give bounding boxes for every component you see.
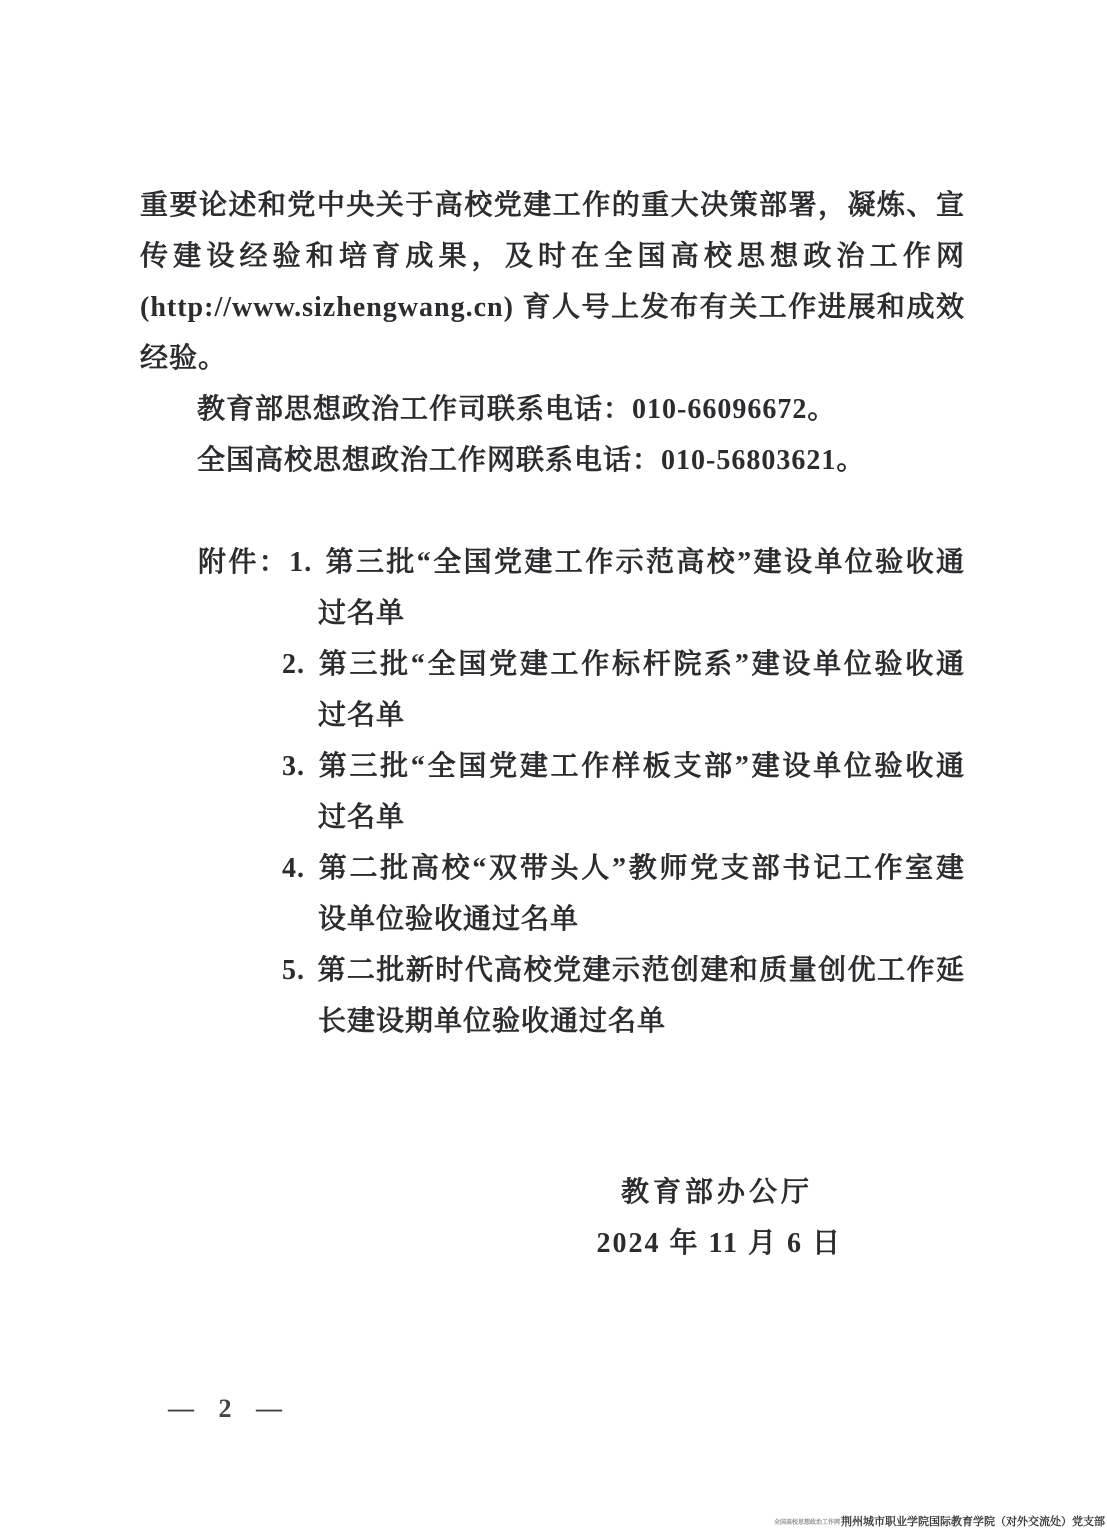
- attachment-item-text: 第二批新时代高校党建示范创建和质量创优工作延: [317, 955, 965, 986]
- page-number: — 2 —: [168, 1383, 291, 1434]
- attachment-item: 4.第二批高校“双带头人”教师党支部书记工作室建: [140, 843, 965, 894]
- attachment-continuation-line: 过名单: [140, 792, 965, 843]
- attachment-continuation-line: 过名单: [140, 690, 965, 741]
- attachment-item-text: 第三批“全国党建工作标杆院系”建设单位验收通: [317, 649, 965, 680]
- blank-line: [140, 486, 965, 537]
- attachment-item-number: 4.: [282, 853, 305, 884]
- paragraph-line: (http://www.sizhengwang.cn) 育人号上发布有关工作进展…: [140, 282, 965, 333]
- attachment-item: 附件：1.第三批“全国党建工作示范高校”建设单位验收通: [140, 537, 965, 588]
- contact-line: 全国高校思想政治工作网联系电话：010-56803621。: [140, 435, 965, 486]
- watermark-micro-text: 全国高校思想政治工作网: [774, 1520, 840, 1526]
- attachment-item-text: 第三批“全国党建工作示范高校”建设单位验收通: [324, 547, 965, 578]
- signature-block: 教育部办公厅 2024 年 11 月 6 日: [140, 1167, 965, 1269]
- attachment-item-number: 1.: [289, 547, 312, 578]
- attachment-item-text: 第三批“全国党建工作样板支部”建设单位验收通: [317, 751, 965, 782]
- watermark-org-text: 荆州城市职业学院国际教育学院（对外交流处）党支部: [841, 1516, 1105, 1528]
- signature-org: 教育部办公厅: [140, 1167, 965, 1218]
- download-watermark: 全国高校思想政治工作网荆州城市职业学院国际教育学院（对外交流处）党支部: [774, 1512, 1105, 1530]
- signature-date: 2024 年 11 月 6 日: [140, 1218, 965, 1269]
- contact-line: 教育部思想政治工作司联系电话：010-66096672。: [140, 384, 965, 435]
- paragraph-line: 经验。: [140, 333, 965, 384]
- attachment-item: 2.第三批“全国党建工作标杆院系”建设单位验收通: [140, 639, 965, 690]
- attachment-item-number: 5.: [282, 955, 305, 986]
- attachment-item: 3.第三批“全国党建工作样板支部”建设单位验收通: [140, 741, 965, 792]
- attachment-label: 附件：: [198, 547, 289, 578]
- document-page: 重要论述和党中央关于高校党建工作的重大决策部署，凝炼、宣 传建设经验和培育成果，…: [0, 0, 1107, 1534]
- attachment-continuation-line: 长建设期单位验收通过名单: [140, 996, 965, 1047]
- attachment-item: 5.第二批新时代高校党建示范创建和质量创优工作延: [140, 945, 965, 996]
- attachment-item-number: 2.: [282, 649, 305, 680]
- attachment-item-number: 3.: [282, 751, 305, 782]
- attachment-continuation-line: 设单位验收通过名单: [140, 894, 965, 945]
- attachment-item-text: 第二批高校“双带头人”教师党支部书记工作室建: [317, 853, 965, 884]
- attachment-continuation-line: 过名单: [140, 588, 965, 639]
- body-text-block: 重要论述和党中央关于高校党建工作的重大决策部署，凝炼、宣 传建设经验和培育成果，…: [140, 180, 965, 1047]
- paragraph-line: 传建设经验和培育成果，及时在全国高校思想政治工作网: [140, 231, 965, 282]
- paragraph-line: 重要论述和党中央关于高校党建工作的重大决策部署，凝炼、宣: [140, 180, 965, 231]
